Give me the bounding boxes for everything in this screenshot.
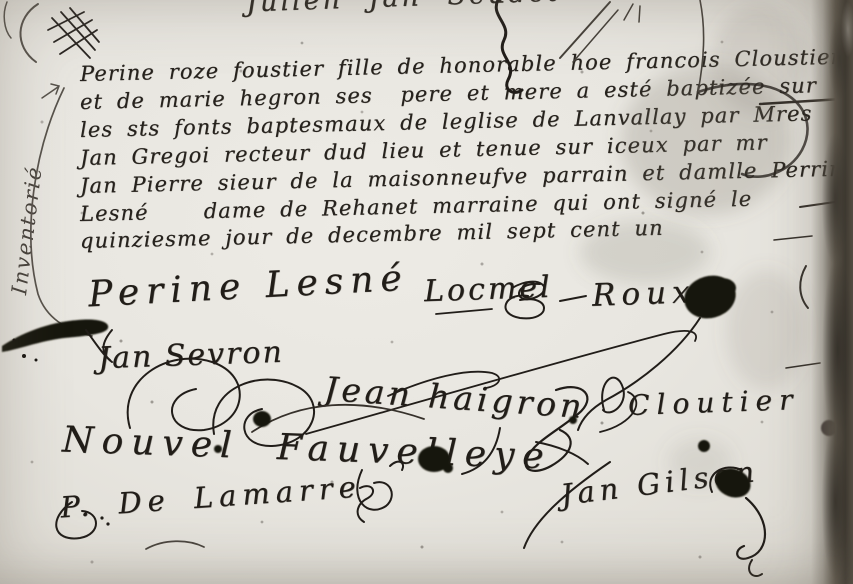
bottom-arc-mark bbox=[146, 541, 204, 549]
signature-p-de-lamarre: P. De Lamarre bbox=[59, 470, 363, 525]
crosshatch-mark bbox=[48, 8, 99, 58]
paper-speckles bbox=[0, 0, 2, 2]
signature-locmel: Locmel bbox=[423, 270, 553, 309]
signature-jan-sevron: Jan Sevron bbox=[97, 335, 284, 376]
signature-jean-haigron: Jean haigron bbox=[323, 369, 587, 426]
margin-note-inventorie: Inventorié bbox=[7, 164, 47, 296]
signature-cloutier: Cloutier bbox=[627, 383, 799, 422]
signature-perine-lesne: Perine Lesné bbox=[87, 258, 409, 316]
signature-jan-gilson: Jan Gilson bbox=[559, 454, 761, 512]
book-binding-gutter bbox=[811, 0, 853, 584]
previous-entry-partial-line: Juilen Jan Seudet bbox=[246, 0, 562, 18]
manuscript-page: Juilen Jan Seudet Inventorié Perine roze… bbox=[0, 0, 853, 584]
ink-smear bbox=[2, 319, 112, 362]
signature-roux: Roux bbox=[591, 274, 696, 314]
signature-nouvel-fauvelleye: Nouvel Fauvelleye bbox=[61, 419, 552, 477]
